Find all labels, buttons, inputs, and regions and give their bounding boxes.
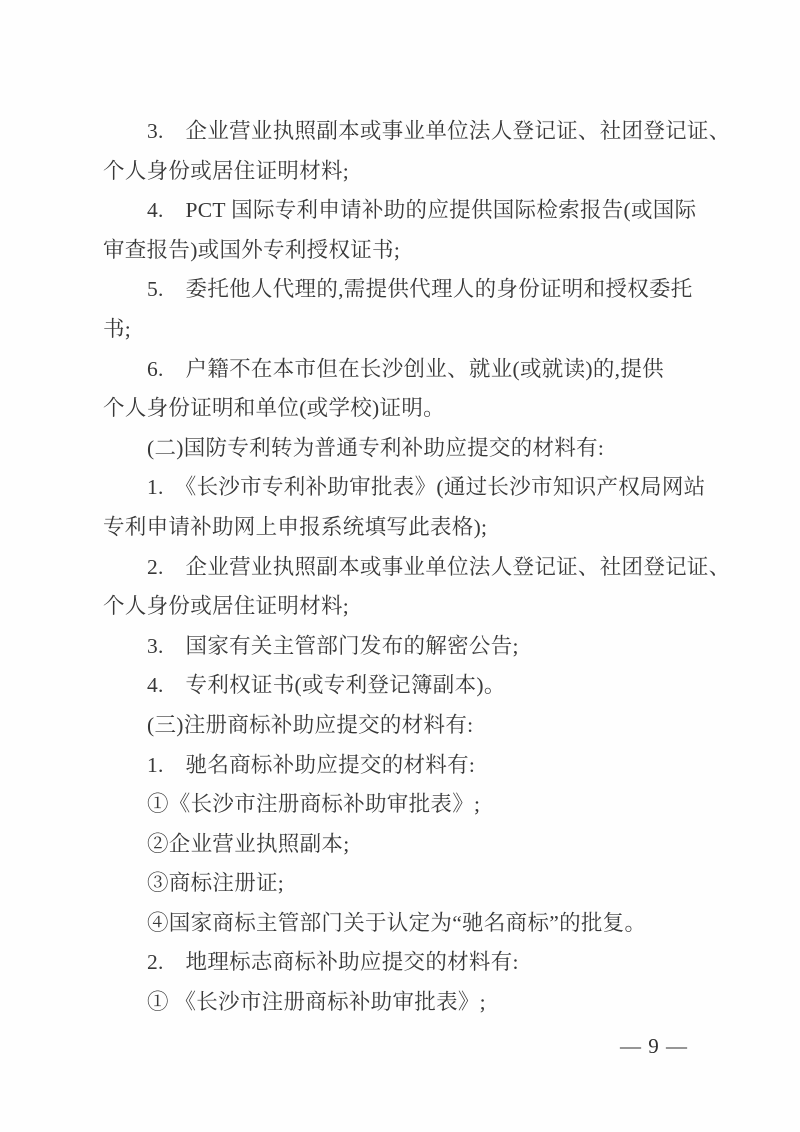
document-page: 3. 企业营业执照副本或事业单位法人登记证、社团登记证、个人身份或居住证明材料;… bbox=[0, 0, 800, 1132]
text-line: (二)国防专利转为普通专利补助应提交的材料有: bbox=[103, 429, 743, 469]
text-line: 6. 户籍不在本市但在长沙创业、就业(或就读)的,提供 bbox=[103, 350, 743, 390]
page-number: — 9 — bbox=[620, 1033, 688, 1059]
text-line: (三)注册商标补助应提交的材料有: bbox=[103, 706, 743, 746]
document-body: 3. 企业营业执照副本或事业单位法人登记证、社团登记证、个人身份或居住证明材料;… bbox=[103, 112, 743, 1023]
text-line: 3. 企业营业执照副本或事业单位法人登记证、社团登记证、 bbox=[103, 112, 743, 152]
text-line: 3. 国家有关主管部门发布的解密公告; bbox=[103, 627, 743, 667]
text-line: 2. 企业营业执照副本或事业单位法人登记证、社团登记证、 bbox=[103, 548, 743, 588]
text-line: 4. 专利权证书(或专利登记簿副本)。 bbox=[103, 666, 743, 706]
text-line: 1. 驰名商标补助应提交的材料有: bbox=[103, 746, 743, 786]
text-line: 5. 委托他人代理的,需提供代理人的身份证明和授权委托 bbox=[103, 270, 743, 310]
text-line: ④国家商标主管部门关于认定为“驰名商标”的批复。 bbox=[103, 904, 743, 944]
text-line: 4. PCT 国际专利申请补助的应提供国际检索报告(或国际 bbox=[103, 191, 743, 231]
text-line: 1. 《长沙市专利补助审批表》(通过长沙市知识产权局网站 bbox=[103, 468, 743, 508]
text-line: ① 《长沙市注册商标补助审批表》; bbox=[103, 983, 743, 1023]
text-line: 个人身份证明和单位(或学校)证明。 bbox=[103, 389, 743, 429]
text-line: 审查报告)或国外专利授权证书; bbox=[103, 231, 743, 271]
text-line: 2. 地理标志商标补助应提交的材料有: bbox=[103, 943, 743, 983]
text-line: 个人身份或居住证明材料; bbox=[103, 152, 743, 192]
text-line: 书; bbox=[103, 310, 743, 350]
text-line: 个人身份或居住证明材料; bbox=[103, 587, 743, 627]
text-line: ①《长沙市注册商标补助审批表》; bbox=[103, 785, 743, 825]
text-line: ③商标注册证; bbox=[103, 864, 743, 904]
text-line: 专利申请补助网上申报系统填写此表格); bbox=[103, 508, 743, 548]
text-line: ②企业营业执照副本; bbox=[103, 825, 743, 865]
